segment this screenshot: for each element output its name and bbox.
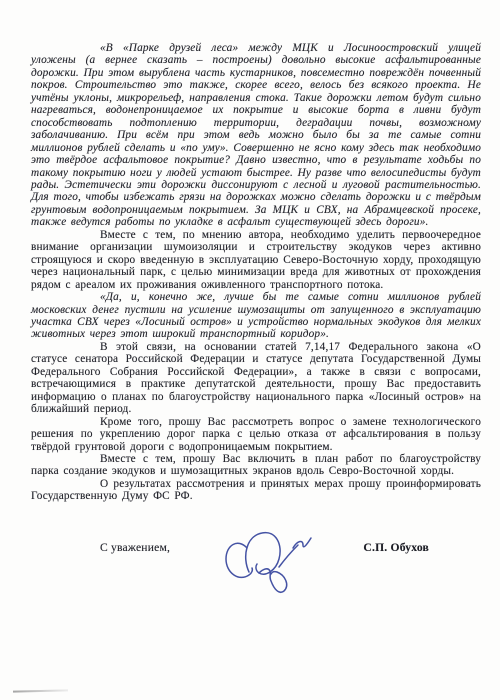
paragraph-request-plan-inclusion: Вместе с тем, прошу Вас включить в план … [31, 453, 481, 478]
paragraph-author-opinion: Вместе с тем, по мнению автора, необходи… [31, 229, 481, 291]
paragraph-quote-noise-protection: «Да, и, конечно же, лучше бы те самые со… [31, 291, 481, 341]
signer-name: С.П. Обухов [363, 541, 429, 554]
paragraph-quote-asphalt-paths: «В «Парке друзей леса» между МЦК и Лосин… [31, 42, 481, 229]
salutation: С уважением, [100, 541, 170, 554]
paragraph-request-technology-change: Кроме того, прошу Вас рассмотреть вопрос… [31, 416, 481, 453]
letter-page: «В «Парке друзей леса» между МЦК и Лосин… [0, 0, 500, 700]
paragraph-request-inform-duma: О результатах рассмотрения и принятых ме… [31, 478, 481, 503]
signature-handwritten [213, 527, 318, 605]
paragraph-request-information: В этой связи, на основании статей 7,14,1… [31, 341, 481, 416]
scan-artifact-line [13, 689, 68, 692]
letter-body: «В «Парке друзей леса» между МЦК и Лосин… [31, 42, 481, 503]
